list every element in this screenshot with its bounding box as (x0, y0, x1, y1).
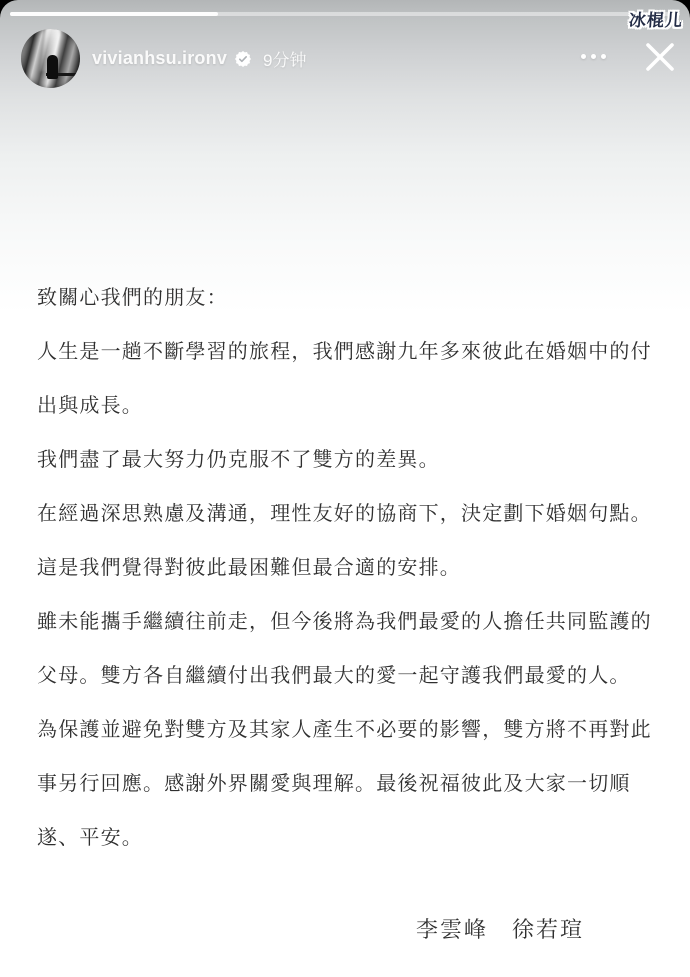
statement-line: 人生是一趟不斷學習的旅程，我們感謝九年多來彼此在婚姻中的付 (37, 322, 664, 376)
statement-line: 出與成長。 (37, 376, 664, 430)
verified-badge-icon (235, 51, 251, 67)
statement-line: 遂、平安。 (37, 808, 664, 862)
statement-signature: 李雲峰 徐若瑄 (416, 906, 584, 950)
more-options-icon[interactable] (577, 50, 610, 63)
more-options-dot (591, 54, 596, 59)
statement-body: 致關心我們的朋友： 人生是一趟不斷學習的旅程，我們感謝九年多來彼此在婚姻中的付 … (37, 268, 664, 862)
statement-line: 為保護並避免對雙方及其家人產生不必要的影響，雙方將不再對此 (37, 700, 664, 754)
header-meta: vivianhsu.ironv 9分钟 (92, 29, 307, 88)
statement-line: 事另行回應。感謝外界關愛與理解。最後祝福彼此及大家一切順 (37, 754, 664, 808)
statement-line: 我們盡了最大努力仍克服不了雙方的差異。 (37, 430, 664, 484)
statement-line: 在經過深思熟慮及溝通，理性友好的協商下，決定劃下婚姻句點。 (37, 484, 664, 538)
close-icon[interactable] (641, 38, 679, 76)
statement-line: 致關心我們的朋友： (37, 268, 664, 322)
statement-line: 雖未能攜手繼續往前走，但今後將為我們最愛的人擔任共同監護的 (37, 592, 664, 646)
more-options-dot (581, 54, 586, 59)
more-options-dot (601, 54, 606, 59)
avatar-art-figure (47, 55, 58, 79)
avatar[interactable] (21, 29, 80, 88)
story-card: vivianhsu.ironv 9分钟 冰棍儿 致關心我們的朋友： 人生是一趟不… (0, 0, 690, 977)
watermark-text: 冰棍儿 (628, 6, 684, 31)
username[interactable]: vivianhsu.ironv (92, 48, 227, 69)
statement-line: 這是我們覺得對彼此最困難但最合適的安排。 (37, 538, 664, 592)
statement-line: 父母。雙方各自繼續付出我們最大的愛一起守護我們最愛的人。 (37, 646, 664, 700)
story-progress-fill (10, 12, 218, 16)
story-progress-track (10, 12, 680, 16)
story-timestamp: 9分钟 (263, 46, 306, 71)
